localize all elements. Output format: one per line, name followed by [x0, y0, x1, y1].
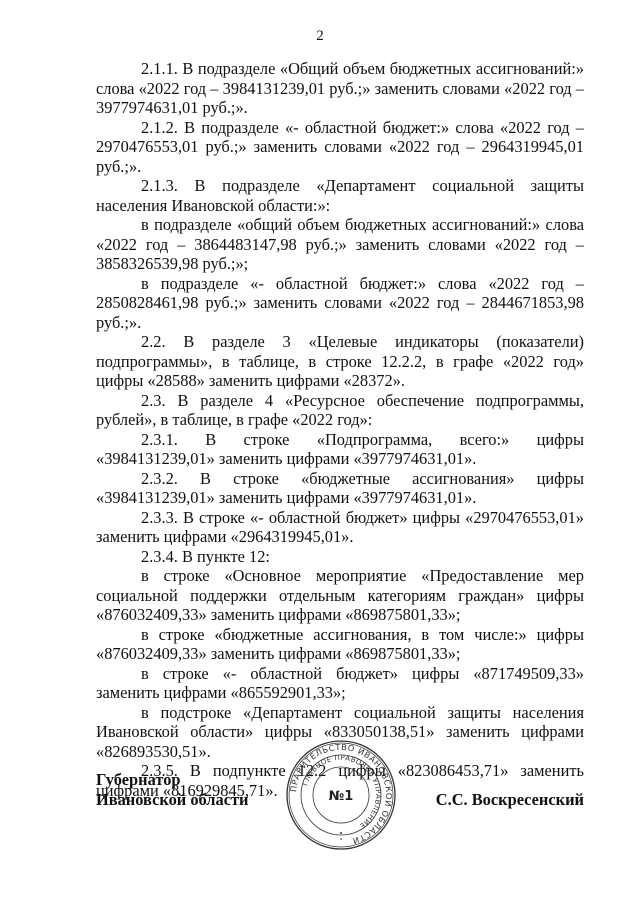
paragraph-2-3-4-regional: в строке «- областной бюджет» цифры «871… [96, 664, 584, 703]
paragraph-2-1-3-total: в подразделе «общий объем бюджетных асси… [96, 215, 584, 274]
paragraph-2-3-4-allocations: в строке «бюджетные ассигнования, в том … [96, 625, 584, 664]
paragraph-2-3-3: 2.3.3. В строке «- областной бюджет» циф… [96, 508, 584, 547]
paragraph-2-2: 2.2. В разделе 3 «Целевые индикаторы (по… [96, 332, 584, 391]
paragraph-2-3-2: 2.3.2. В строке «бюджетные ассигнования»… [96, 469, 584, 508]
paragraph-2-3-4: 2.3.4. В пункте 12: [96, 547, 584, 567]
paragraph-2-3-4-main-event: в строке «Основное мероприятие «Предоста… [96, 566, 584, 625]
paragraph-2-1-3-regional: в подразделе «- областной бюджет:» слова… [96, 274, 584, 333]
paragraph-2-1-1: 2.1.1. В подразделе «Общий объем бюджетн… [96, 59, 584, 118]
paragraph-2-1-2: 2.1.2. В подразделе «- областной бюджет:… [96, 118, 584, 177]
official-seal-icon: ПРАВИТЕЛЬСТВО ИВАНОВСКОЙ ОБЛАСТИ ГЛАВНОЕ… [285, 739, 397, 851]
seal-center-text: №1 [329, 789, 354, 804]
document-body: 2.1.1. В подразделе «Общий объем бюджетн… [96, 59, 584, 800]
signatory-title-line1: Губернатор [96, 770, 248, 790]
paragraph-2-3: 2.3. В разделе 4 «Ресурсное обеспечение … [96, 391, 584, 430]
signatory-name: С.С. Воскресенский [436, 790, 584, 810]
paragraph-2-3-1: 2.3.1. В строке «Подпрограмма, всего:» ц… [96, 430, 584, 469]
paragraph-2-1-3: 2.1.3. В подразделе «Департамент социаль… [96, 176, 584, 215]
signatory-title: Губернатор Ивановской области [96, 770, 248, 809]
page-number: 2 [0, 27, 640, 45]
signatory-title-line2: Ивановской области [96, 790, 248, 810]
